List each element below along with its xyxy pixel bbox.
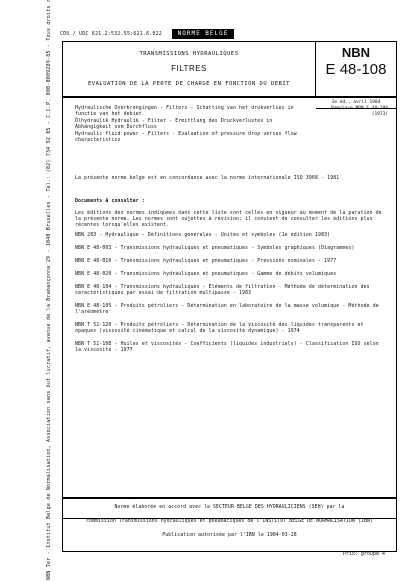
side-margin-text: NBN Ter - Institut Belge de Normalisatio… [44,40,54,580]
identity-statement: La présente norme belge est en concordan… [75,176,339,182]
document-title: FILTRES [63,64,315,73]
reference-item: NBN E 48-105 - Produits pétroliers - Dét… [75,304,385,316]
side-margin-label: NBN Ter - Institut Belge de Normalisatio… [44,40,54,580]
document-frame: TRANSMISSIONS HYDRAULIQUES FILTRES EVALU… [62,41,397,519]
document-header: TRANSMISSIONS HYDRAULIQUES FILTRES EVALU… [63,42,396,98]
footer-line-1: Norme élaborée en accord avec le SECTEUR… [63,505,396,510]
document-subtitle: EVALUATION DE LA PERTE DE CHARGE EN FONC… [63,81,315,87]
replaces-line2: (1973) [318,112,388,118]
document-body: Hydraulische Overbrengingen - Filters - … [63,98,396,518]
reference-item: NBN T 52-120 - Produits pétroliers - Dét… [75,323,385,335]
replaces-ref: Remplace NBN E 48-108 (1973) [318,106,388,118]
header-title-block: TRANSMISSIONS HYDRAULIQUES FILTRES EVALU… [63,42,316,96]
reference-item: NBN E 48-020 - Transmissions hydraulique… [75,272,385,278]
references-note: Les éditions des normes indiquées dans c… [75,211,385,229]
standard-org: NBN [316,45,396,60]
translation-nl: Hydraulische Overbrengingen - Filters - … [75,106,310,118]
reference-item: NBN E 48-003 - Transmissions hydraulique… [75,246,385,252]
reference-item: NBN E 48-104 - Transmissions hydraulique… [75,285,385,297]
footer-line-2: commission Transmissions hydrauliques et… [63,519,396,524]
standard-code: E 48-108 [316,61,396,78]
standard-id-block: NBN E 48-108 [316,42,396,96]
reference-item: NBN 283 - Hydraulique - Définitions géné… [75,233,385,239]
cdu-classification: CDU / UDC 621.2:532.55:621.6.022 [60,32,162,37]
price-group: Prix: groupe 4 [343,551,385,557]
references-heading: Documents à consulter : [75,199,145,205]
norme-belge-badge: NORME BELGE [172,29,234,39]
footer-line-3: Publication autorisée par l'IBN le 1984-… [63,533,396,538]
reference-item: NBN E 48-010 - Transmissions hydraulique… [75,259,385,265]
category-label: TRANSMISSIONS HYDRAULIQUES [63,51,315,57]
translation-en: Hydraulic fluid power - Filters - Evalua… [75,132,310,144]
reference-item: NBN T 52-108 - Huiles et viscosités - Co… [75,342,385,354]
document-footer: Norme élaborée en accord avec le SECTEUR… [62,497,397,552]
translation-de: Ölhydraulik Hydraulik - Filter - Ermittl… [75,119,310,131]
